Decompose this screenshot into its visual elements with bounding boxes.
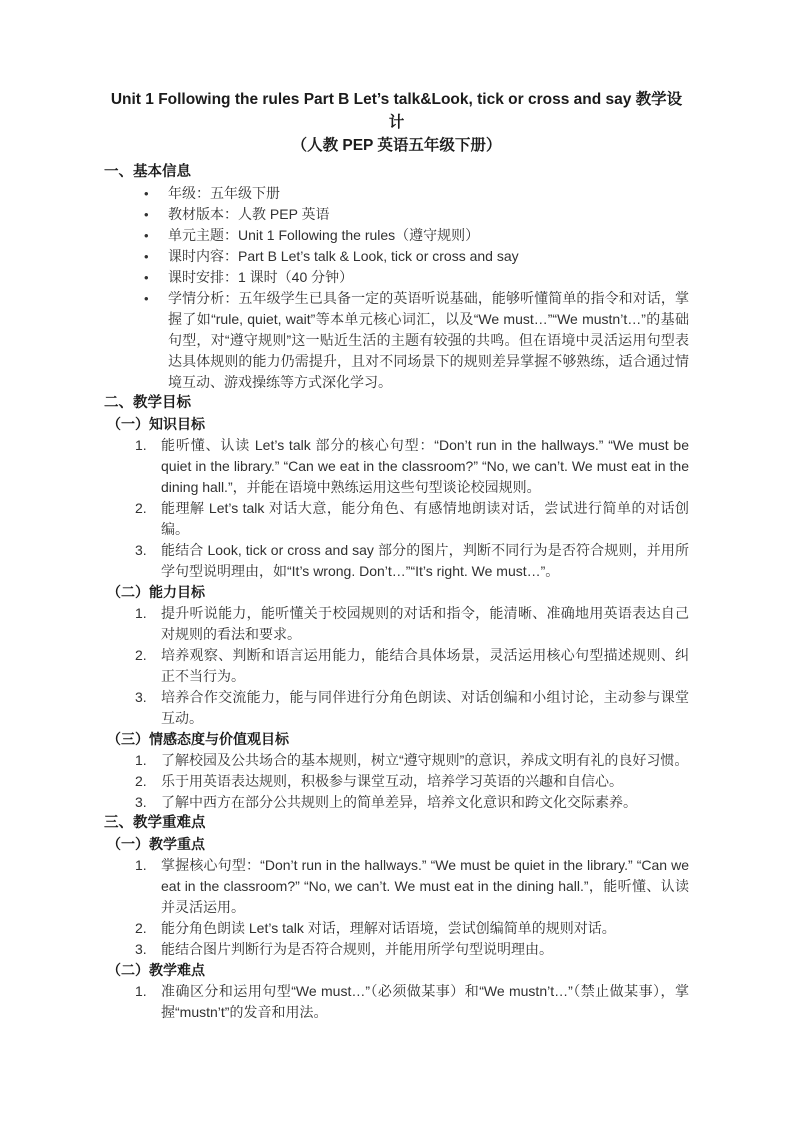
list-item-text: 准确区分和运用句型“We must…”（必须做某事）和“We mustn’t…”… (161, 981, 689, 1023)
list-item-text: 了解校园及公共场合的基本规则，树立“遵守规则”的意识，养成文明有礼的良好习惯。 (161, 750, 689, 771)
list-item: 2.能理解 Let’s talk 对话大意，能分角色、有感情地朗读对话，尝试进行… (104, 498, 689, 540)
subsection-heading-emotion-objectives: （三）情感态度与价值观目标 (104, 729, 689, 750)
list-item-text: 提升听说能力，能听懂关于校园规则的对话和指令，能清晰、准确地用英语表达自己对规则… (161, 603, 689, 645)
bullet-marker: • (144, 225, 149, 246)
list-item-text: 学情分析：五年级学生已具备一定的英语听说基础，能够听懂简单的指令和对话，掌握了如… (168, 288, 689, 393)
ability-objectives-list: 1.提升听说能力，能听懂关于校园规则的对话和指令，能清晰、准确地用英语表达自己对… (104, 603, 689, 729)
number-marker: 1. (135, 435, 147, 456)
number-marker: 1. (135, 855, 147, 876)
number-marker: 1. (135, 603, 147, 624)
list-item: •教材版本：人教 PEP 英语 (104, 204, 689, 225)
document-page: Unit 1 Following the rules Part B Let’s … (0, 0, 794, 1123)
number-marker: 2. (135, 771, 147, 792)
difficult-points-list: 1.准确区分和运用句型“We must…”（必须做某事）和“We mustn’t… (104, 981, 689, 1023)
bullet-marker: • (144, 267, 149, 288)
list-item-text: 了解中西方在部分公共规则上的简单差异，培养文化意识和跨文化交际素养。 (161, 792, 689, 813)
section-heading-key-difficult-points: 三、教学重难点 (104, 813, 689, 834)
list-item-text: 能结合 Look, tick or cross and say 部分的图片，判断… (161, 540, 689, 582)
emotion-objectives-list: 1.了解校园及公共场合的基本规则，树立“遵守规则”的意识，养成文明有礼的良好习惯… (104, 750, 689, 813)
list-item: 1.能听懂、认读 Let’s talk 部分的核心句型：“Don’t run i… (104, 435, 689, 498)
basic-info-list: •年级：五年级下册•教材版本：人教 PEP 英语•单元主题：Unit 1 Fol… (104, 183, 689, 393)
number-marker: 3. (135, 540, 147, 561)
bullet-marker: • (144, 183, 149, 204)
document-subtitle: （人教 PEP 英语五年级下册） (104, 134, 689, 157)
subsection-heading-ability-objectives: （二）能力目标 (104, 582, 689, 603)
number-marker: 3. (135, 687, 147, 708)
subsection-heading-key-points: （一）教学重点 (104, 834, 689, 855)
list-item: 3.了解中西方在部分公共规则上的简单差异，培养文化意识和跨文化交际素养。 (104, 792, 689, 813)
list-item: 3.能结合图片判断行为是否符合规则，并能用所学句型说明理由。 (104, 939, 689, 960)
number-marker: 3. (135, 939, 147, 960)
number-marker: 1. (135, 750, 147, 771)
list-item-text: 年级：五年级下册 (168, 183, 689, 204)
list-item: •课时安排：1 课时（40 分钟） (104, 267, 689, 288)
list-item: 1.准确区分和运用句型“We must…”（必须做某事）和“We mustn’t… (104, 981, 689, 1023)
key-points-list: 1.掌握核心句型：“Don’t run in the hallways.” “W… (104, 855, 689, 960)
number-marker: 1. (135, 981, 147, 1002)
list-item: •单元主题：Unit 1 Following the rules（遵守规则） (104, 225, 689, 246)
list-item: 2.能分角色朗读 Let’s talk 对话，理解对话语境，尝试创编简单的规则对… (104, 918, 689, 939)
list-item: 2.乐于用英语表达规则，积极参与课堂互动，培养学习英语的兴趣和自信心。 (104, 771, 689, 792)
list-item-text: 乐于用英语表达规则，积极参与课堂互动，培养学习英语的兴趣和自信心。 (161, 771, 689, 792)
list-item-text: 能结合图片判断行为是否符合规则，并能用所学句型说明理由。 (161, 939, 689, 960)
list-item-text: 单元主题：Unit 1 Following the rules（遵守规则） (168, 225, 689, 246)
list-item: 1.了解校园及公共场合的基本规则，树立“遵守规则”的意识，养成文明有礼的良好习惯… (104, 750, 689, 771)
number-marker: 3. (135, 792, 147, 813)
bullet-marker: • (144, 288, 149, 309)
knowledge-objectives-list: 1.能听懂、认读 Let’s talk 部分的核心句型：“Don’t run i… (104, 435, 689, 582)
bullet-marker: • (144, 246, 149, 267)
list-item-text: 教材版本：人教 PEP 英语 (168, 204, 689, 225)
list-item: •课时内容：Part B Let’s talk & Look, tick or … (104, 246, 689, 267)
list-item: 3.能结合 Look, tick or cross and say 部分的图片，… (104, 540, 689, 582)
bullet-marker: • (144, 204, 149, 225)
list-item-text: 能听懂、认读 Let’s talk 部分的核心句型：“Don’t run in … (161, 435, 689, 498)
subsection-heading-knowledge-objectives: （一）知识目标 (104, 414, 689, 435)
list-item-text: 课时内容：Part B Let’s talk & Look, tick or c… (168, 246, 689, 267)
number-marker: 2. (135, 918, 147, 939)
list-item: 2.培养观察、判断和语言运用能力，能结合具体场景，灵活运用核心句型描述规则、纠正… (104, 645, 689, 687)
list-item-text: 能分角色朗读 Let’s talk 对话，理解对话语境，尝试创编简单的规则对话。 (161, 918, 689, 939)
number-marker: 2. (135, 498, 147, 519)
list-item: 1.提升听说能力，能听懂关于校园规则的对话和指令，能清晰、准确地用英语表达自己对… (104, 603, 689, 645)
list-item: 3.培养合作交流能力，能与同伴进行分角色朗读、对话创编和小组讨论，主动参与课堂互… (104, 687, 689, 729)
list-item: 1.掌握核心句型：“Don’t run in the hallways.” “W… (104, 855, 689, 918)
list-item: •学情分析：五年级学生已具备一定的英语听说基础，能够听懂简单的指令和对话，掌握了… (104, 288, 689, 393)
section-heading-basic-info: 一、基本信息 (104, 162, 689, 183)
list-item-text: 课时安排：1 课时（40 分钟） (168, 267, 689, 288)
list-item-text: 能理解 Let’s talk 对话大意，能分角色、有感情地朗读对话，尝试进行简单… (161, 498, 689, 540)
list-item-text: 培养观察、判断和语言运用能力，能结合具体场景，灵活运用核心句型描述规则、纠正不当… (161, 645, 689, 687)
subsection-heading-difficult-points: （二）教学难点 (104, 960, 689, 981)
section-heading-teaching-objectives: 二、教学目标 (104, 393, 689, 414)
list-item: •年级：五年级下册 (104, 183, 689, 204)
document-title: Unit 1 Following the rules Part B Let’s … (104, 88, 689, 134)
number-marker: 2. (135, 645, 147, 666)
list-item-text: 掌握核心句型：“Don’t run in the hallways.” “We … (161, 855, 689, 918)
list-item-text: 培养合作交流能力，能与同伴进行分角色朗读、对话创编和小组讨论，主动参与课堂互动。 (161, 687, 689, 729)
